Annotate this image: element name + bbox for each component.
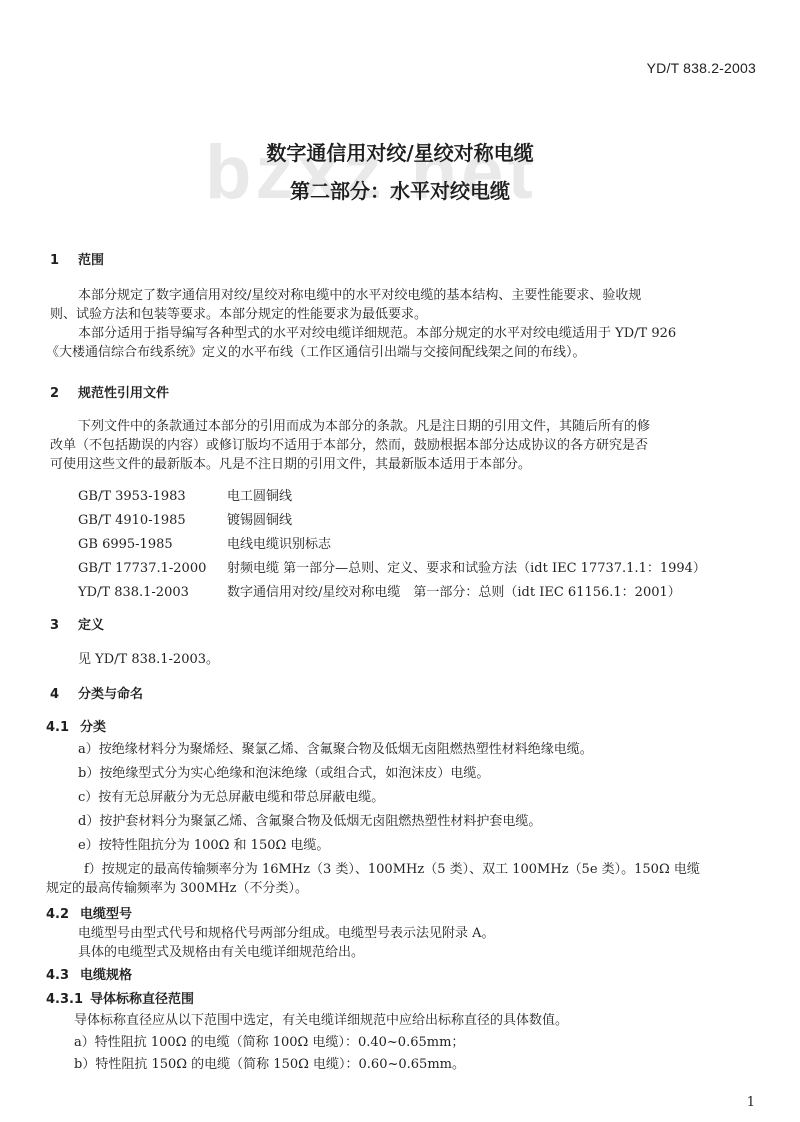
page-number: 1 bbox=[747, 1095, 755, 1110]
section-title: 范围 bbox=[78, 253, 104, 268]
section-4-3-1-line: b）特性阻抗 150Ω 的电缆（简称 150Ω 电缆）：0.60~0.65mm。 bbox=[74, 1055, 465, 1074]
section-2-para-line: 改单（不包括勘误的内容）或修订版均不适用于本部分，然而，鼓励根据本部分达成协议的… bbox=[50, 436, 648, 455]
reference-row: GB/T 3953-1983电工圆铜线 bbox=[78, 485, 292, 504]
reference-title: 电线电缆识别标志 bbox=[227, 537, 331, 552]
classification-item: e）按特性阻抗分为 100Ω 和 150Ω 电缆。 bbox=[78, 836, 329, 855]
section-4-1-heading: 4.1分类 bbox=[46, 716, 106, 735]
section-1-para-line: 本部分适用于指导编写各种型式的水平对绞电缆详细规范。本部分规定的水平对绞电缆适用… bbox=[78, 324, 676, 343]
section-4-2-line: 具体的电缆型式及规格由有关电缆详细规范给出。 bbox=[78, 943, 364, 962]
section-title: 电缆规格 bbox=[80, 968, 132, 983]
section-4-3-1-line: a）特性阻抗 100Ω 的电缆（简称 100Ω 电缆）：0.40~0.65mm； bbox=[74, 1033, 464, 1052]
section-2-para-line: 可使用这些文件的最新版本。凡是不注日期的引用文件，其最新版本适用于本部分。 bbox=[50, 455, 531, 474]
reference-code: GB 6995-1985 bbox=[78, 537, 227, 552]
section-number: 1 bbox=[50, 253, 78, 268]
section-4-3-1-heading: 4.3.1导体标称直径范围 bbox=[46, 988, 194, 1007]
classification-item: 规定的最高传输频率为 300MHz（不分类）。 bbox=[46, 879, 308, 898]
section-1-para-line: 则、试验方法和包装等要求。本部分规定的性能要求为最低要求。 bbox=[50, 305, 427, 324]
section-3-text: 见 YD/T 838.1-2003。 bbox=[78, 650, 219, 669]
classification-item: a）按绝缘材料分为聚烯烃、聚氯乙烯、含氟聚合物及低烟无卤阻燃热塑性材料绝缘电缆。 bbox=[78, 740, 593, 759]
section-number: 4.3 bbox=[46, 968, 80, 983]
section-title: 规范性引用文件 bbox=[78, 386, 169, 401]
section-1-para-line: 本部分规定了数字通信用对绞/星绞对称电缆中的水平对绞电缆的基本结构、主要性能要求… bbox=[78, 286, 641, 305]
classification-item: c）按有无总屏蔽分为无总屏蔽电缆和带总屏蔽电缆。 bbox=[78, 788, 384, 807]
reference-row: GB/T 17737.1-2000射频电缆 第一部分—总则、定义、要求和试验方法… bbox=[78, 557, 706, 576]
reference-title: 电工圆铜线 bbox=[227, 489, 292, 504]
reference-title: 射频电缆 第一部分—总则、定义、要求和试验方法（idt IEC 17737.1.… bbox=[227, 561, 706, 576]
section-number: 3 bbox=[50, 618, 78, 633]
section-title: 分类与命名 bbox=[78, 687, 143, 702]
section-4-2-line: 电缆型号由型式代号和规格代号两部分组成。电缆型号表示法见附录 A。 bbox=[78, 924, 495, 943]
reference-title: 数字通信用对绞/星绞对称电缆 第一部分：总则（idt IEC 61156.1：2… bbox=[227, 585, 681, 600]
section-number: 4 bbox=[50, 687, 78, 702]
section-3-heading: 3定义 bbox=[50, 614, 104, 633]
section-number: 2 bbox=[50, 386, 78, 401]
section-1-para-line: 《大楼通信综合布线系统》定义的水平布线（工作区通信引出端与交接间配线架之间的布线… bbox=[46, 343, 586, 362]
section-number: 4.1 bbox=[46, 720, 80, 735]
section-number: 4.3.1 bbox=[46, 992, 90, 1007]
section-4-3-1-line: 导体标称直径应从以下范围中选定，有关电缆详细规范中应给出标称直径的具体数值。 bbox=[74, 1011, 568, 1030]
section-title: 导体标称直径范围 bbox=[90, 992, 194, 1007]
reference-row: GB/T 4910-1985镀锡圆铜线 bbox=[78, 509, 292, 528]
section-4-3-heading: 4.3电缆规格 bbox=[46, 964, 132, 983]
section-number: 4.2 bbox=[46, 907, 80, 922]
section-title: 定义 bbox=[78, 618, 104, 633]
document-title-line1: 数字通信用对绞/星绞对称电缆 bbox=[0, 137, 800, 166]
section-2-heading: 2规范性引用文件 bbox=[50, 382, 169, 401]
reference-code: GB/T 3953-1983 bbox=[78, 489, 227, 504]
reference-code: GB/T 17737.1-2000 bbox=[78, 561, 227, 576]
reference-code: GB/T 4910-1985 bbox=[78, 513, 227, 528]
section-1-heading: 1范围 bbox=[50, 249, 104, 268]
reference-code: YD/T 838.1-2003 bbox=[78, 585, 227, 600]
standard-code: YD/T 838.2-2003 bbox=[647, 60, 756, 76]
classification-item: b）按绝缘型式分为实心绝缘和泡沫绝缘（或组合式，如泡沫皮）电缆。 bbox=[78, 764, 489, 783]
reference-row: GB 6995-1985电线电缆识别标志 bbox=[78, 533, 331, 552]
classification-item: d）按护套材料分为聚氯乙烯、含氟聚合物及低烟无卤阻燃热塑性材料护套电缆。 bbox=[78, 812, 541, 831]
section-title: 分类 bbox=[80, 720, 106, 735]
section-4-2-heading: 4.2电缆型号 bbox=[46, 903, 132, 922]
reference-title: 镀锡圆铜线 bbox=[227, 513, 292, 528]
reference-row: YD/T 838.1-2003数字通信用对绞/星绞对称电缆 第一部分：总则（id… bbox=[78, 581, 681, 600]
classification-item: f）按规定的最高传输频率分为 16MHz（3 类）、100MHz（5 类）、双工… bbox=[84, 860, 700, 879]
section-title: 电缆型号 bbox=[80, 907, 132, 922]
section-2-para-line: 下列文件中的条款通过本部分的引用而成为本部分的条款。凡是注日期的引用文件，其随后… bbox=[78, 417, 650, 436]
document-title-line2: 第二部分：水平对绞电缆 bbox=[0, 175, 800, 204]
section-4-heading: 4分类与命名 bbox=[50, 683, 143, 702]
